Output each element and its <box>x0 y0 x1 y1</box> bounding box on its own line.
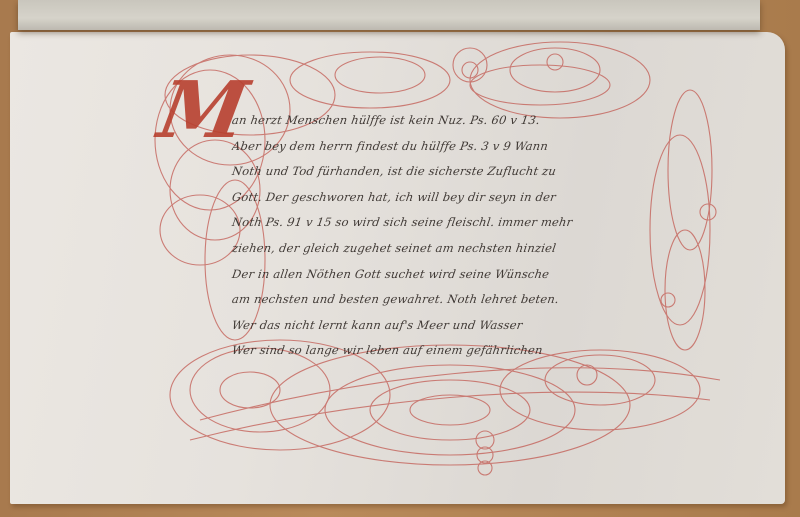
text-line: Noth Ps. 91 v 15 so wird sich seine flei… <box>230 210 674 236</box>
text-line: Wer sind so lange wir leben auf einem ge… <box>230 338 674 364</box>
text-line: Gott. Der geschworen hat, ich will bey d… <box>230 185 674 211</box>
text-line: Aber bey dem herrn findest du hülffe Ps.… <box>230 134 674 160</box>
text-line: am nechsten und besten gewahret. Noth le… <box>230 287 674 313</box>
text-line: Wer das nicht lernt kann auf's Meer und … <box>230 313 674 339</box>
manuscript-text: an herzt Menschen hülffe ist kein Nuz. P… <box>232 108 672 364</box>
text-line: Noth und Tod fürhanden, ist die sicherst… <box>230 159 674 185</box>
text-line: Der in allen Nöthen Gott suchet wird sei… <box>230 262 674 288</box>
text-line: an herzt Menschen hülffe ist kein Nuz. P… <box>230 108 674 134</box>
text-line: ziehen, der gleich zugehet seinet am nec… <box>230 236 674 262</box>
upper-paper-sheet <box>18 0 760 30</box>
